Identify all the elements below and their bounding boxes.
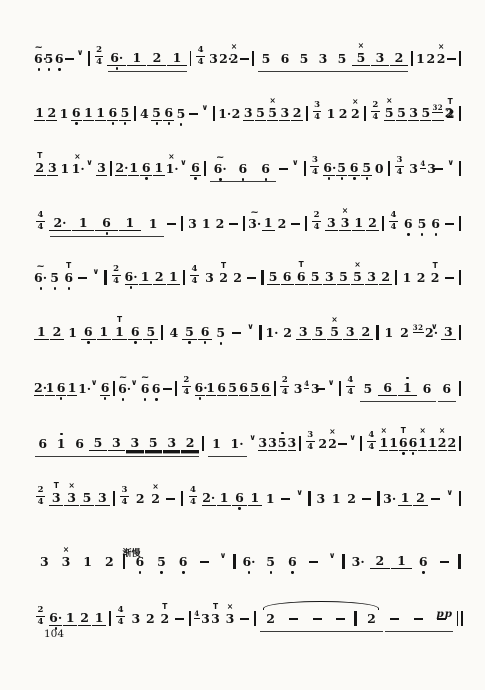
ornament-icon: ~ <box>119 372 127 383</box>
tie: 22 <box>259 611 382 626</box>
duration-dash <box>435 555 456 569</box>
low-octave-dot <box>48 68 50 70</box>
breath-mark: ∨ <box>348 433 358 442</box>
note: ~6· <box>34 271 47 285</box>
ornament-icon: ~ <box>34 42 42 53</box>
time-signature: 44 <box>189 265 200 285</box>
note: 6 <box>232 491 246 506</box>
note: ×5 <box>384 106 395 121</box>
time-signature-top: 2 <box>36 606 45 617</box>
duration-dash <box>194 555 215 569</box>
low-octave-dot <box>75 122 77 124</box>
barline <box>459 325 461 340</box>
barline <box>459 491 461 506</box>
note: 1 <box>58 107 69 121</box>
note: 2 <box>366 216 379 231</box>
note: 4 <box>166 326 181 340</box>
note: 2 <box>133 492 147 506</box>
note: 1· <box>218 107 229 121</box>
note: 6· <box>107 51 126 66</box>
duration-dash <box>164 492 178 506</box>
rest: 0 <box>373 162 385 176</box>
low-octave-dot <box>54 287 56 289</box>
note: ×3 <box>56 555 77 569</box>
note: 322 <box>432 103 443 121</box>
augmentation-dot: · <box>133 269 137 284</box>
note: 2· <box>219 52 228 66</box>
barline <box>181 216 183 231</box>
low-octave-dot <box>122 398 124 400</box>
time-signature-top: 3 <box>395 156 404 167</box>
low-octave-dot <box>38 68 40 70</box>
note: 2 <box>318 437 327 451</box>
note: 6 <box>198 325 213 340</box>
note: 5 <box>336 161 348 176</box>
time-signature-top: 3 <box>120 486 129 497</box>
note: 1 <box>52 437 69 451</box>
duration-dash <box>283 612 305 626</box>
time-signature-top: 2 <box>95 46 104 57</box>
note: 6 <box>71 437 88 451</box>
note: 2 <box>50 325 65 340</box>
note: 5 <box>182 325 197 340</box>
augmentation-dot: · <box>251 554 255 569</box>
barline <box>306 106 308 121</box>
note: ×1 <box>379 436 388 451</box>
breath-mark: ∨ <box>428 322 440 331</box>
note: 5 <box>312 325 327 340</box>
note: ×2 <box>328 437 337 451</box>
note: 5 <box>337 270 350 285</box>
time-signature-bottom: 4 <box>192 276 198 286</box>
duration-dash <box>162 382 172 396</box>
note: 1 <box>67 381 77 396</box>
low-octave-dot <box>219 178 221 180</box>
note: 5 <box>416 217 429 231</box>
ornament-icon: T <box>54 481 59 490</box>
low-octave-dot <box>112 122 114 124</box>
low-octave-dot <box>248 571 250 573</box>
duration-dash <box>165 217 178 231</box>
duration-dash <box>76 271 89 285</box>
note: 2· <box>115 161 127 176</box>
note: 6 <box>261 381 271 396</box>
time-signature-bottom: 4 <box>96 57 102 67</box>
note: 3 <box>163 436 180 451</box>
note: T6 <box>62 271 75 285</box>
score-line: 121611654565∨1·235×5323412×224×5535322T2 <box>34 97 463 121</box>
note: 3 <box>314 492 328 506</box>
note: 2 <box>153 270 166 285</box>
barline <box>299 436 301 451</box>
note: 1 <box>329 492 343 506</box>
note: 2 <box>390 51 408 66</box>
barline <box>459 270 461 285</box>
note: 2 <box>379 270 392 285</box>
note: 3 <box>293 382 303 396</box>
barline <box>88 51 90 66</box>
note: ~6· <box>209 162 231 176</box>
ornament-icon: T <box>162 602 167 611</box>
low-octave-dot <box>144 398 146 400</box>
note: 3 <box>365 270 378 285</box>
score-line: ~6·5T6∨246·121443T2256T6535×53212T2 <box>34 261 463 285</box>
note: 1 <box>248 491 262 506</box>
note: 1 <box>398 381 417 396</box>
barline <box>459 161 461 176</box>
slur-wedge: 5616 <box>359 381 437 396</box>
barline <box>308 491 310 506</box>
duration-dash <box>188 107 199 121</box>
barline <box>109 611 111 626</box>
note: 1 <box>139 270 152 285</box>
time-signature: 24 <box>111 265 122 285</box>
barline <box>113 381 115 396</box>
note: 4 <box>139 107 150 121</box>
ornament-icon: T <box>299 260 304 269</box>
low-octave-dot <box>204 341 206 343</box>
duration-dash <box>65 52 74 66</box>
augmentation-dot: · <box>239 436 243 451</box>
note: ×2 <box>436 52 445 66</box>
note: ×5 <box>351 270 364 285</box>
time-signature-top: 4 <box>189 486 198 497</box>
note: 5 <box>145 436 162 451</box>
note: 1 <box>382 326 397 340</box>
breath-mark: ∨ <box>290 158 301 167</box>
time-signature-top: 2 <box>312 211 321 222</box>
note: ×5 <box>352 51 370 66</box>
note: 5 <box>213 326 228 340</box>
note: 6 <box>107 106 118 121</box>
note: 6 <box>429 217 442 231</box>
grace-notes: 4 <box>304 379 309 389</box>
note: 1 <box>352 216 365 231</box>
barline <box>459 106 461 121</box>
note: 5 <box>333 52 351 66</box>
note: 1 <box>389 436 398 451</box>
barline <box>458 554 461 569</box>
note: 1 <box>63 611 76 626</box>
augmentation-dot: · <box>360 554 364 569</box>
time-signature: 44 <box>345 376 355 396</box>
dynamic-marking: pp <box>436 608 453 620</box>
augmentation-dot: · <box>257 216 261 231</box>
note: 2 <box>78 611 91 626</box>
ornament-icon: × <box>74 152 80 161</box>
note: 6 <box>34 437 51 451</box>
low-octave-dot <box>180 123 182 125</box>
breath-mark: ∨ <box>200 103 210 112</box>
note: 2 <box>338 107 349 121</box>
time-signature-bottom: 4 <box>198 57 204 67</box>
note: 2 <box>344 492 358 506</box>
note: ~6· <box>118 382 128 396</box>
note: ×2 <box>438 436 447 451</box>
note: 5 <box>151 555 172 569</box>
time-signature-bottom: 4 <box>118 617 124 627</box>
time-signature-bottom: 4 <box>282 387 288 397</box>
barline <box>189 611 191 626</box>
note: 2 <box>359 325 374 340</box>
note: 1 <box>217 491 231 506</box>
note: 6 <box>255 162 277 176</box>
duration-dash <box>229 326 244 340</box>
time-signature-top: 2 <box>36 486 45 497</box>
note: 2· <box>34 381 44 396</box>
score-line: 3×312渐慢656∨6·56∨3·216 <box>34 545 463 569</box>
note: 1 <box>83 106 94 121</box>
ornament-icon: × <box>386 96 392 105</box>
time-signature-bottom: 4 <box>183 387 189 397</box>
time-signature-top: 4 <box>346 376 355 387</box>
time-signature: 44 <box>195 46 205 66</box>
note: 1 <box>206 381 216 396</box>
score-line: T231×1·∨32·161×1·∨6~6·66∨346·565034343∨ <box>34 152 463 176</box>
time-signature-top: 4 <box>36 211 45 222</box>
barline <box>233 554 236 569</box>
note: 5 <box>119 106 130 121</box>
low-octave-dot <box>124 122 126 124</box>
ornament-icon: T <box>117 315 122 324</box>
note: 3· <box>348 555 369 569</box>
duration-dash <box>240 52 249 66</box>
time-signature-bottom: 4 <box>368 442 374 452</box>
slur-wedge: 11· <box>207 437 247 451</box>
low-octave-dot <box>130 286 132 288</box>
barline <box>342 554 345 569</box>
ornament-icon: T <box>37 151 42 160</box>
ornament-icon: × <box>352 97 358 106</box>
note: ~6 <box>140 382 150 396</box>
low-octave-dot <box>150 341 152 343</box>
time-signature-top: 2 <box>112 265 121 276</box>
note: 1 <box>142 217 164 231</box>
low-octave-dot <box>145 177 147 179</box>
note: 1 <box>167 51 186 66</box>
note: 1· <box>265 326 280 340</box>
note: 1 <box>262 216 275 231</box>
ornament-icon: × <box>68 481 74 490</box>
note: T2 <box>34 161 46 176</box>
low-octave-dot <box>139 571 141 573</box>
note: 2 <box>415 271 428 285</box>
time-signature: 34 <box>305 431 315 451</box>
slur-wedge: 56535×532 <box>257 51 408 66</box>
time-signature-top: 4 <box>116 606 125 617</box>
low-octave-dot <box>238 507 240 509</box>
barline <box>204 161 206 176</box>
duration-dash <box>360 492 374 506</box>
note: 6 <box>173 555 194 569</box>
time-signature-bottom: 4 <box>122 497 128 507</box>
duration-dash <box>173 612 186 626</box>
low-octave-dot <box>270 571 272 573</box>
low-octave-dot <box>40 287 42 289</box>
note: 6 <box>217 381 227 396</box>
note: 3 <box>314 52 332 66</box>
note: 3 <box>129 612 142 626</box>
note: 3 <box>408 106 419 121</box>
barline <box>305 216 307 231</box>
note: 5 <box>89 436 106 451</box>
note: 3 <box>209 52 218 66</box>
augmentation-dot: · <box>119 50 123 65</box>
note: 6 <box>413 555 434 569</box>
note: 6 <box>128 325 143 340</box>
breath-mark: ∨ <box>445 158 456 167</box>
ornament-icon: × <box>439 426 445 435</box>
note: 2 <box>413 491 427 506</box>
slur-wedge: ~6·66 <box>209 162 276 176</box>
note: 1 <box>45 381 55 396</box>
score-line: 24T3×353342×2442·1611∨3123·12∨ <box>34 482 463 506</box>
barline <box>104 270 106 285</box>
low-octave-dot <box>422 571 424 573</box>
low-octave-dot <box>60 397 62 399</box>
time-signature: 24 <box>94 46 104 66</box>
barline <box>360 436 362 451</box>
low-octave-dot <box>291 571 293 573</box>
duration-dash <box>289 217 302 231</box>
note: 6 <box>281 270 294 285</box>
note: 5 <box>250 381 260 396</box>
low-octave-dot <box>188 341 190 343</box>
barline <box>110 161 112 176</box>
note: 1 <box>398 491 412 506</box>
low-octave-dot <box>242 178 244 180</box>
note: ×3 <box>64 491 78 506</box>
high-octave-dot <box>60 433 62 435</box>
note: 6 <box>190 161 202 176</box>
note: 6 <box>95 216 117 231</box>
note: 6 <box>232 162 254 176</box>
note: 1 <box>127 51 146 66</box>
note: 6 <box>56 381 66 396</box>
note: ~6· <box>34 52 43 66</box>
barline <box>261 270 263 285</box>
note: 3 <box>441 325 456 340</box>
breath-mark: ∨ <box>178 158 189 167</box>
note: 1 <box>428 436 437 451</box>
low-octave-dot <box>407 233 409 235</box>
time-signature-bottom: 4 <box>37 222 43 232</box>
note: 2 <box>276 217 289 231</box>
barline <box>339 381 341 396</box>
barline <box>252 51 254 66</box>
time-signature: 34 <box>310 156 321 176</box>
time-signature-bottom: 4 <box>314 112 320 122</box>
note: 3 <box>108 436 125 451</box>
note: T2 <box>429 271 442 285</box>
time-signature-top: 3 <box>313 101 322 112</box>
note: T2 <box>158 612 171 626</box>
barline <box>388 161 390 176</box>
note: 1· <box>227 437 247 451</box>
note: 5 <box>228 381 238 396</box>
note: 1 <box>95 106 106 121</box>
note: ~3· <box>248 217 261 231</box>
time-signature-top: 3 <box>306 431 315 442</box>
low-octave-dot <box>58 68 60 70</box>
barline <box>134 106 136 121</box>
note: 3 <box>408 162 420 176</box>
barline <box>459 216 461 231</box>
note: 3 <box>268 436 277 451</box>
ornament-icon: × <box>227 602 233 611</box>
low-octave-dot <box>87 341 89 343</box>
note: 6 <box>378 381 397 396</box>
duration-dash <box>277 162 289 176</box>
duration-dash <box>238 612 251 626</box>
note: 6· <box>49 611 62 626</box>
note: 1 <box>92 611 105 626</box>
note: ×5 <box>267 106 278 121</box>
time-signature-top: 2 <box>182 376 191 387</box>
note: 2 <box>448 436 457 451</box>
time-signature: 24 <box>35 486 46 506</box>
time-signature: 44 <box>35 211 46 231</box>
time-signature-bottom: 4 <box>396 167 402 177</box>
note: 5 <box>257 52 275 66</box>
low-octave-dot <box>116 67 118 69</box>
barline <box>411 51 413 66</box>
note: 6 <box>276 52 294 66</box>
slur-wedge: 2·1611 <box>49 216 164 231</box>
low-octave-dot <box>353 177 355 179</box>
breath-mark: ∨ <box>84 158 95 167</box>
note: 5 <box>255 106 266 121</box>
note: 1 <box>400 271 413 285</box>
augmentation-dot: · <box>62 215 66 230</box>
note: 43 <box>304 379 314 396</box>
note: 1 <box>153 161 165 176</box>
note: 6 <box>129 555 150 569</box>
note: ×1 <box>418 436 427 451</box>
note: 6 <box>239 381 249 396</box>
ornament-icon: ~ <box>141 372 149 383</box>
note: 6 <box>402 217 415 231</box>
slur-wedge: 6 <box>437 382 456 396</box>
note: 2 <box>291 106 302 121</box>
low-octave-dot <box>182 571 184 573</box>
note: ×1· <box>72 162 84 176</box>
barline <box>354 611 357 626</box>
note: T2 <box>445 107 456 121</box>
ornament-icon: T <box>213 602 218 611</box>
note: 5 <box>143 325 158 340</box>
low-octave-dot <box>435 233 437 235</box>
note: 1 <box>325 107 336 121</box>
barline <box>113 491 115 506</box>
note: 1 <box>72 216 94 231</box>
note: T6 <box>295 270 308 285</box>
note: 3 <box>288 436 297 451</box>
barline <box>202 436 204 451</box>
note: 3 <box>243 106 254 121</box>
ornament-icon: × <box>381 426 387 435</box>
breath-mark: ∨ <box>216 551 230 560</box>
slur-wedge: 616533532 <box>34 436 199 451</box>
note: 2 <box>397 326 412 340</box>
ornament-icon: × <box>358 41 364 50</box>
barline <box>459 381 461 396</box>
time-signature-bottom: 4 <box>113 276 119 286</box>
score-line: ~6·56∨246·1214432·×256535×53212×2 <box>34 42 463 66</box>
ornament-icon: T <box>221 261 226 270</box>
note: 3 <box>343 325 358 340</box>
note: 3 <box>371 51 389 66</box>
